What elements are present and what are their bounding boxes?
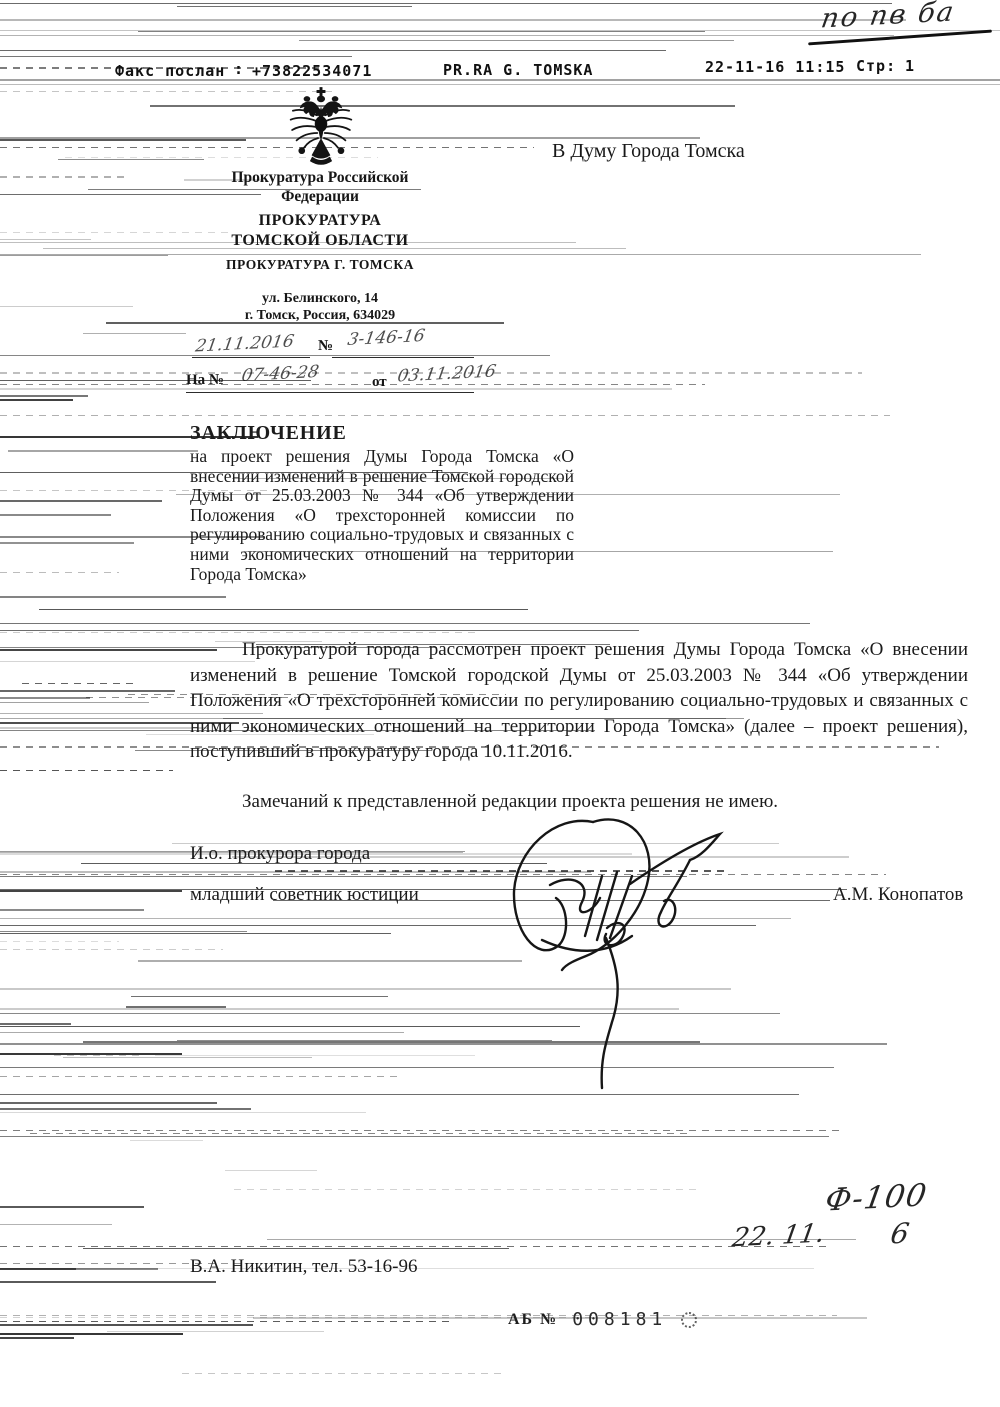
fax-datetime: 22-11-16 11:15: [705, 58, 845, 76]
scan-noise-line: [0, 931, 247, 932]
scan-noise-streak: [0, 395, 88, 397]
scan-noise-line: [83, 333, 186, 334]
scan-noise-line: [299, 40, 734, 41]
scan-noise-line: [8, 450, 198, 452]
scan-noise-line: [0, 254, 921, 255]
scan-noise-line: [126, 1006, 226, 1008]
scan-noise-line: [0, 1136, 829, 1137]
letterhead-city-org: ПРОКУРАТУРА Г. ТОМСКА: [200, 257, 440, 273]
scan-noise-line: [0, 1315, 837, 1316]
scan-noise-streak: [0, 1108, 251, 1110]
scan-noise-line: [107, 1331, 324, 1332]
scan-noise-line: [0, 1130, 839, 1131]
handwritten-signature: [480, 788, 740, 1098]
scan-noise-streak: [0, 1268, 76, 1270]
scan-noise-line: [0, 239, 91, 240]
scan-noise-streak: [0, 1281, 216, 1283]
conclusion-subject: на проект решения Думы Города Томска «О …: [190, 447, 574, 584]
scan-noise-line: [0, 255, 168, 256]
coat-of-arms-eagle-icon: [284, 84, 358, 176]
scan-noise-line: [0, 3, 892, 4]
scan-noise-line: [0, 50, 666, 51]
scan-noise-line: [138, 31, 705, 32]
scan-noise-line: [150, 105, 735, 107]
scan-noise-line: [225, 1170, 317, 1171]
scan-noise-streak: [0, 1102, 217, 1104]
scanned-fax-letter: по пв ба Факс послан : +73822534071 PR.R…: [0, 0, 1000, 1407]
letterhead-regional-org-line2: ТОМСКОЙ ОБЛАСТИ: [200, 231, 440, 251]
scan-noise-line: [0, 1317, 593, 1318]
recipient-line: В Думу Города Томска: [552, 140, 745, 163]
scan-noise-line: [0, 355, 550, 356]
scan-noise-line: [0, 306, 133, 307]
scan-noise-line: [0, 1032, 404, 1033]
scan-noise-line: [83, 1248, 509, 1249]
scan-noise-line: [0, 147, 534, 148]
scan-noise-line: [0, 1246, 828, 1247]
scan-noise-line: [58, 159, 204, 160]
scan-noise-line: [0, 500, 162, 502]
scan-noise-line: [0, 384, 705, 385]
scan-noise-line: [0, 415, 890, 416]
signer-position-line1: И.о. прокурора города: [190, 843, 370, 865]
scan-noise-streak: [0, 690, 175, 692]
scan-noise-streak: [0, 1333, 183, 1335]
reference-date-label: от: [372, 374, 387, 391]
scan-noise-line: [130, 1140, 203, 1141]
signer-position-line2: младший советник юстиции: [190, 884, 419, 906]
letterhead-regional-org: ПРОКУРАТУРА ТОМСКОЙ ОБЛАСТИ: [200, 211, 440, 251]
scan-noise-streak: [0, 1337, 74, 1339]
scan-rule: [0, 84, 1000, 85]
scan-noise-line: [0, 19, 906, 21]
scan-noise-streak: [0, 1324, 253, 1326]
scan-noise-line: [0, 1224, 112, 1225]
letterhead-address-city: г. Томск, Россия, 634029: [200, 308, 440, 324]
fax-page-number: 1: [905, 57, 915, 75]
scan-noise-streak: [0, 697, 90, 699]
scan-noise-line: [0, 572, 119, 573]
scan-noise-line: [0, 232, 233, 233]
reference-label: На №: [186, 372, 224, 389]
scan-noise-line: [0, 1206, 144, 1208]
blank-form-number: 008181: [572, 1309, 667, 1330]
scan-noise-line: [0, 1043, 887, 1045]
scan-noise-streak: [0, 399, 73, 401]
handwritten-outgoing-date: 21.11.2016: [194, 331, 295, 356]
blank-form-series: АБ №: [508, 1311, 558, 1329]
blank-form-number-line: АБ № 008181: [508, 1309, 697, 1330]
scan-noise-line: [39, 609, 528, 610]
scan-noise-line: [131, 996, 388, 997]
scan-noise-line: [0, 933, 391, 934]
fax-phone-number: +73822534071: [252, 62, 372, 80]
scan-noise-line: [0, 35, 894, 36]
scan-noise-line: [0, 949, 223, 950]
handwritten-resolution-code: Ф-100: [823, 1177, 930, 1218]
fax-separator: :: [234, 60, 244, 78]
number-sign-label: №: [318, 338, 333, 355]
scan-noise-line: [0, 727, 208, 729]
scan-noise-line: [182, 1373, 506, 1374]
scan-noise-line: [0, 874, 886, 875]
scan-noise-line: [63, 1057, 312, 1058]
scan-noise-streak: [0, 1023, 71, 1025]
scan-noise-line: [0, 623, 810, 624]
scan-noise-line: [234, 1189, 699, 1190]
scan-noise-streak: [0, 1268, 158, 1270]
scan-noise-streak: [0, 1053, 182, 1055]
scan-noise-line: [22, 683, 139, 684]
letterhead-regional-org-line1: ПРОКУРАТУРА: [200, 211, 440, 231]
scan-noise-line: [0, 542, 134, 544]
scan-noise-line: [0, 1321, 449, 1322]
scan-noise-line: [0, 702, 149, 703]
scan-noise-line: [138, 960, 522, 962]
letterhead-parent-org: Прокуратура Российской Федерации: [200, 169, 440, 206]
signer-name: А.М. Конопатов: [833, 884, 963, 906]
requisite-underline: [192, 357, 310, 358]
scan-noise-streak: [0, 890, 182, 892]
handwritten-outgoing-number: 3-146-16: [346, 326, 426, 350]
scan-noise-line: [0, 1112, 366, 1113]
scan-noise-line: [54, 1055, 143, 1056]
handwritten-resolution-number: 6: [888, 1217, 911, 1251]
fax-page-label: Стр:: [856, 57, 896, 75]
scan-noise-streak: [0, 514, 111, 516]
scan-noise-line: [0, 388, 672, 390]
scan-noise-line: [0, 56, 352, 57]
scan-noise-line: [0, 630, 639, 631]
scan-noise-line: [177, 6, 412, 7]
body-paragraph-1: Прокуратурой города рассмотрен проект ре…: [190, 637, 968, 765]
scan-noise-line: [155, 1055, 475, 1056]
scan-noise-line: [0, 176, 129, 178]
fax-sent-label: Факс послан: [115, 62, 225, 80]
scan-noise-line: [0, 770, 173, 771]
scan-noise-line: [0, 632, 478, 633]
scan-noise-streak: [0, 596, 226, 598]
executor-contact-line: В.А. Никитин, тел. 53-16-96: [190, 1256, 417, 1278]
scan-noise-line: [30, 1133, 687, 1134]
scan-noise-line: [0, 1076, 403, 1077]
requisite-underline: [332, 357, 474, 358]
handwritten-resolution-date: 22. 11.: [730, 1219, 827, 1254]
handwritten-incoming-date: 03.11.2016: [396, 361, 497, 386]
scan-noise-line: [0, 139, 246, 141]
letterhead-address-street: ул. Белинского, 14: [200, 291, 440, 307]
handwritten-top-note: по пв ба: [819, 0, 958, 34]
dotted-stamp-mark-icon: [681, 1312, 697, 1328]
requisite-underline: [186, 392, 474, 393]
scan-noise-streak: [0, 649, 217, 651]
scan-noise-streak: [0, 909, 144, 911]
conclusion-heading: ЗАКЛЮЧЕНИЕ: [190, 422, 347, 445]
handwritten-incoming-number: 07-46-28: [240, 362, 320, 386]
scan-noise-line: [0, 941, 119, 942]
fax-station-id: PR.RA G. TOMSKA: [443, 61, 593, 79]
